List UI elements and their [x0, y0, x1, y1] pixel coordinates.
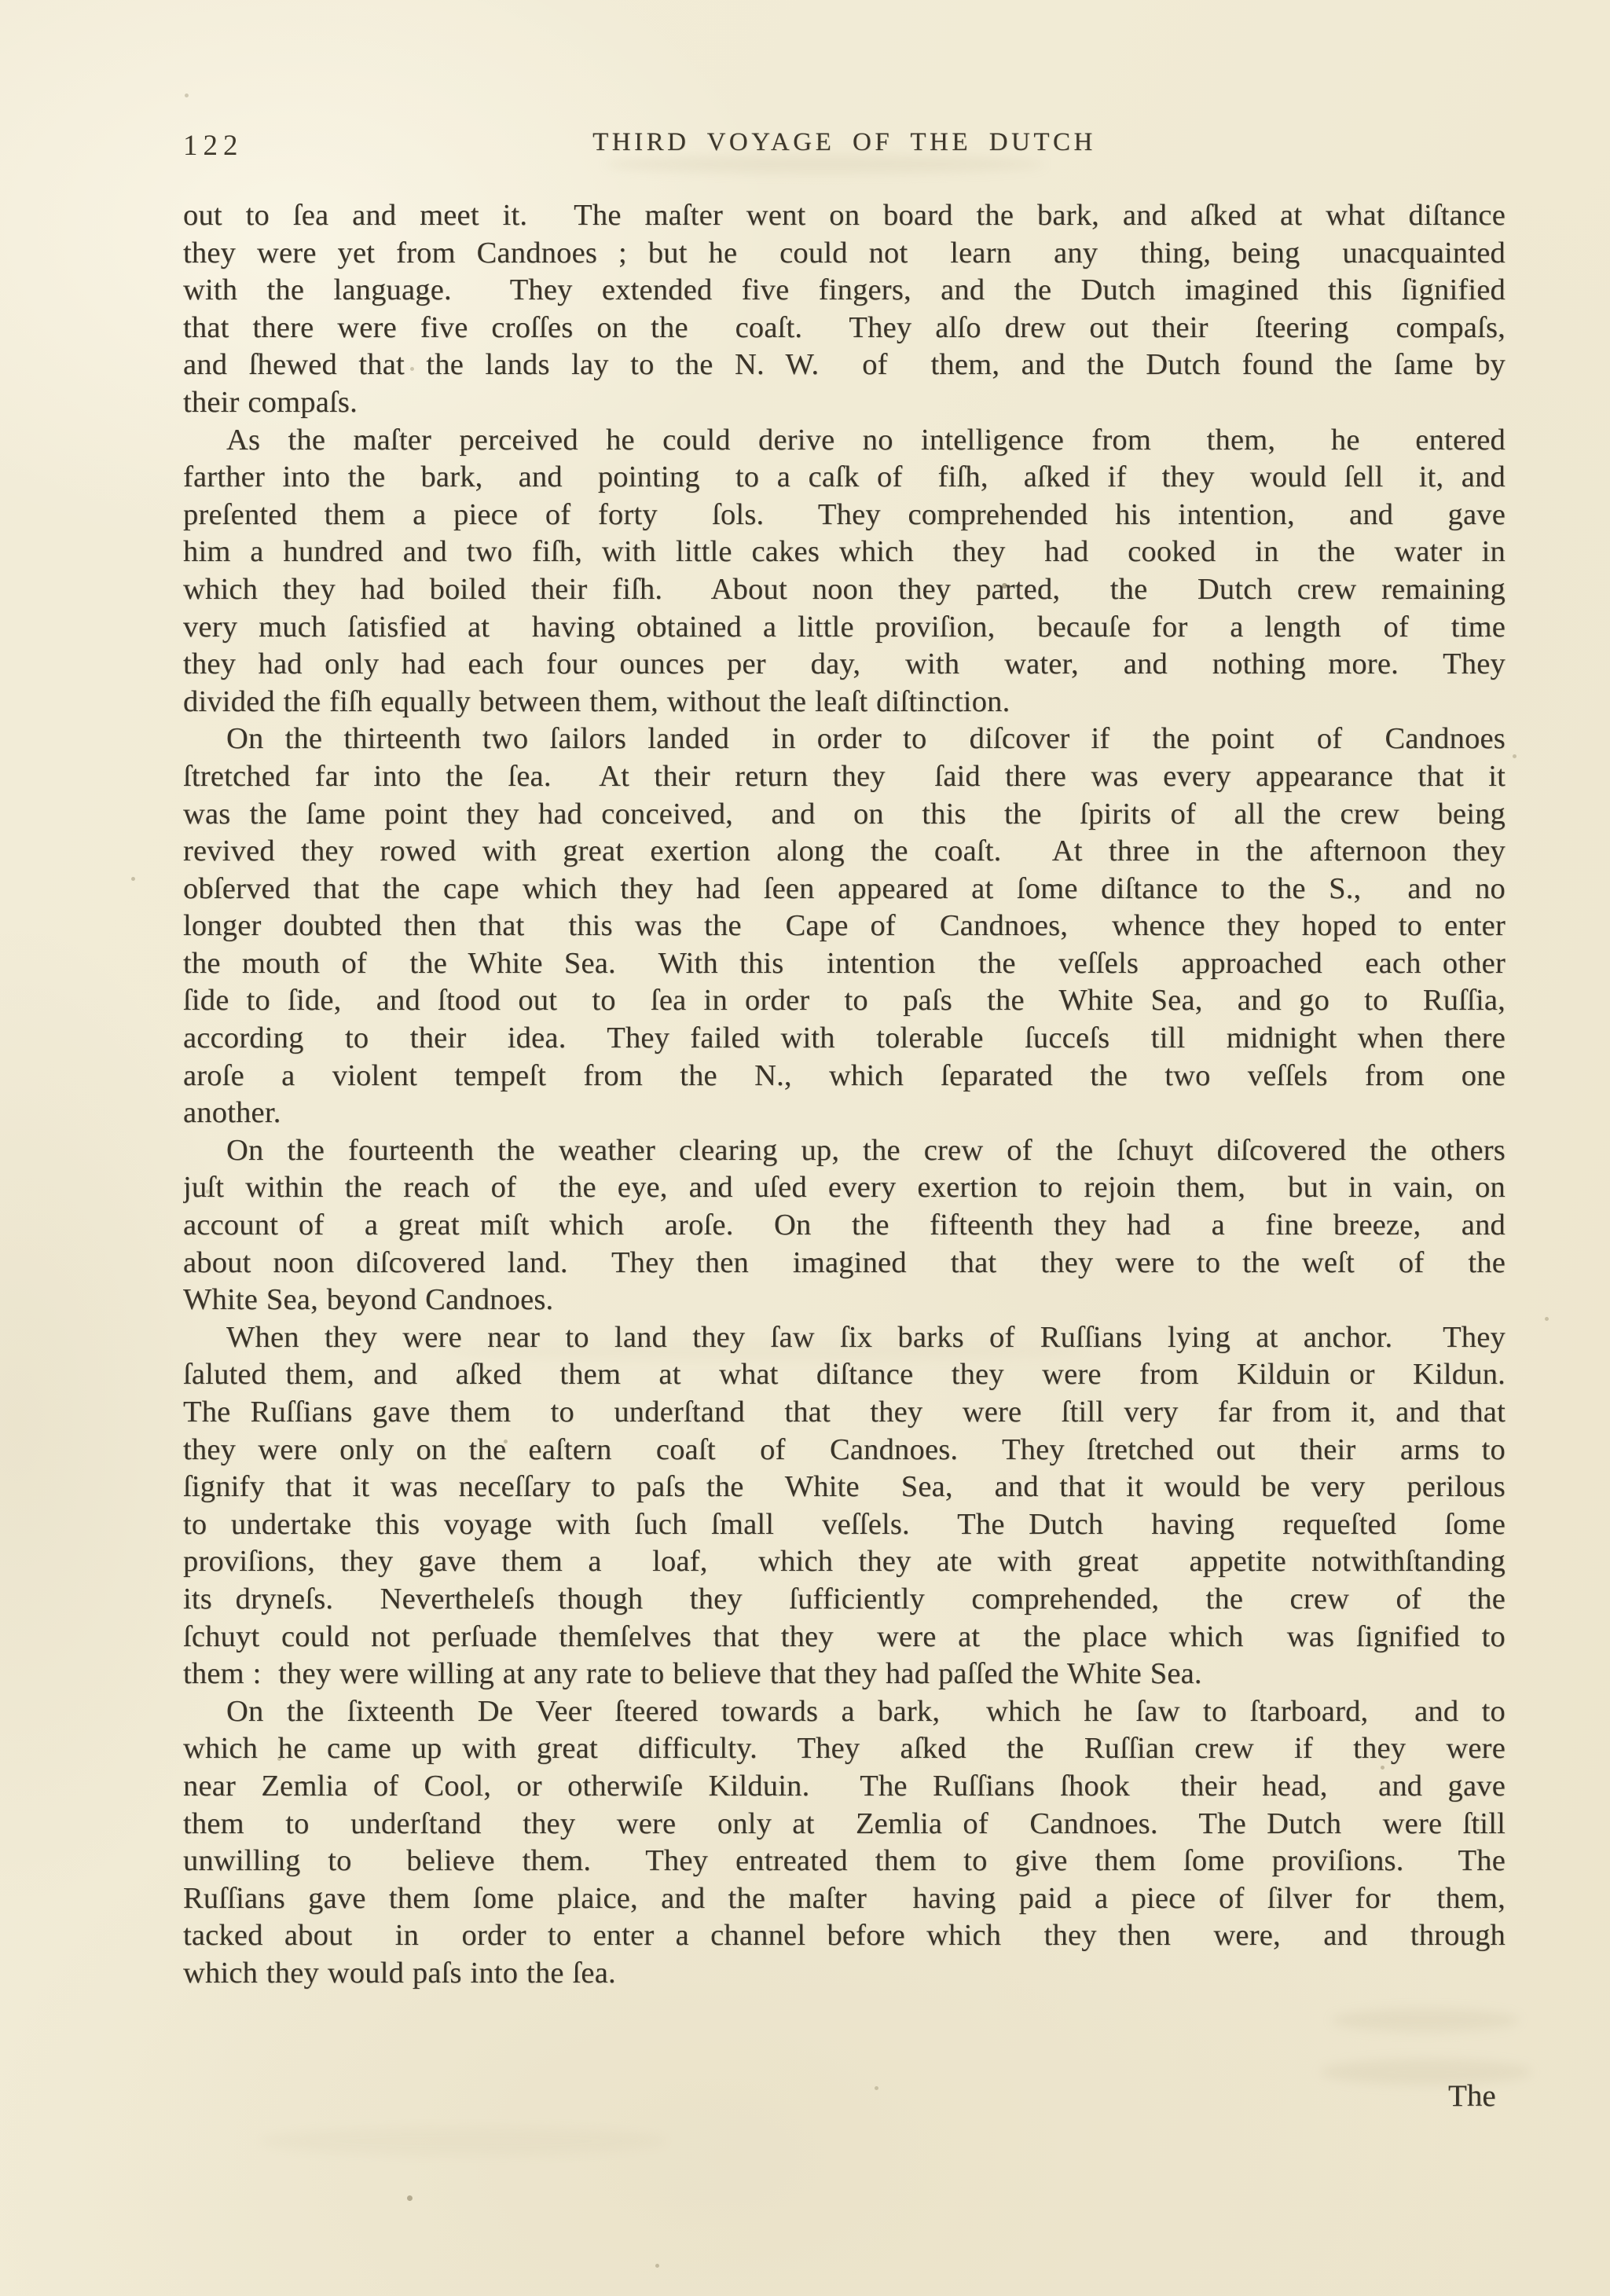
text-line: Ruſſians gave them ſome plaice, and the … [183, 1880, 1505, 1918]
text-line: to undertake this voyage with ſuch ſmall… [183, 1506, 1505, 1544]
text-line: preſented them a piece of forty ſols. Th… [183, 497, 1505, 534]
ink-bleedthrough-smudge [259, 2126, 668, 2156]
text-line: juſt within the reach of the eye, and uſ… [183, 1169, 1505, 1207]
text-line: ſignify that it was neceſſary to paſs th… [183, 1469, 1505, 1506]
text-line: ſide to ſide, and ſtood out to ſea in or… [183, 982, 1505, 1020]
text-line: On the thirteenth two ſailors landed in … [183, 721, 1505, 758]
text-line: The Ruſſians gave them to underſtand tha… [183, 1394, 1505, 1432]
text-line: ſchuyt could not perſuade themſelves tha… [183, 1619, 1505, 1656]
text-line: account of a great miſt which aroſe. On … [183, 1207, 1505, 1245]
text-line: them : they were willing at any rate to … [183, 1656, 1505, 1693]
text-line: which he came up with great difficulty. … [183, 1730, 1505, 1768]
text-line: White Sea, beyond Candnoes. [183, 1282, 1505, 1319]
text-line: near Zemlia of Cool, or otherwiſe Kildui… [183, 1768, 1505, 1806]
text-line: revived they rowed with great exertion a… [183, 833, 1505, 871]
text-line: they were yet from Candnoes ; but he cou… [183, 235, 1505, 273]
paragraph: When they were near to land they ſaw ſix… [183, 1319, 1505, 1693]
text-line: they were only on the eaſtern coaſt of C… [183, 1432, 1505, 1469]
text-line: farther into the bark, and pointing to a… [183, 459, 1505, 497]
text-line: they had only had each four ounces per d… [183, 646, 1505, 684]
text-line: obſerved that the cape which they had ſe… [183, 871, 1505, 908]
text-line: divided the fiſh equally between them, w… [183, 684, 1505, 721]
text-line: that there were five croſſes on the coaſ… [183, 310, 1505, 347]
text-line: On the fourteenth the weather clearing u… [183, 1132, 1505, 1170]
text-line: its dryneſs. Nevertheleſs though they ſu… [183, 1581, 1505, 1619]
paper-specks [0, 0, 2, 2]
text-line: their compaſs. [183, 384, 1505, 422]
paragraph: On the ſixteenth De Veer ſteered towards… [183, 1693, 1505, 1993]
paragraph: On the thirteenth two ſailors landed in … [183, 721, 1505, 1132]
text-line: As the maſter perceived he could derive … [183, 422, 1505, 460]
text-line: the mouth of the White Sea. With this in… [183, 945, 1505, 983]
ink-bleedthrough-smudge [1320, 2059, 1532, 2085]
text-line: was the ſame point they had conceived, a… [183, 796, 1505, 834]
paragraph: As the maſter perceived he could derive … [183, 422, 1505, 721]
running-title: THIRD VOYAGE OF THE DUTCH [183, 128, 1505, 157]
text-line: very much ſatisfied at having obtained a… [183, 609, 1505, 647]
text-line: and ſhewed that the lands lay to the N. … [183, 347, 1505, 384]
text-line: according to their idea. They failed wit… [183, 1020, 1505, 1058]
text-line: proviſions, they gave them a loaf, which… [183, 1543, 1505, 1581]
text-line: unwilling to believe them. They entreate… [183, 1843, 1505, 1880]
text-line: ſaluted them, and aſked them at what diſ… [183, 1356, 1505, 1394]
book-page-scan: 122 THIRD VOYAGE OF THE DUTCH out to ſea… [0, 0, 1610, 2296]
text-line: him a hundred and two fiſh, with little … [183, 534, 1505, 571]
text-line: aroſe a violent tempeſt from the N., whi… [183, 1058, 1505, 1095]
catchword: The [1448, 2078, 1496, 2114]
text-line: them to underſtand they were only at Zem… [183, 1806, 1505, 1843]
text-line: tacked about in order to enter a channel… [183, 1917, 1505, 1955]
text-line: out to ſea and meet it. The maſter went … [183, 197, 1505, 235]
ink-bleedthrough-smudge [1331, 2008, 1520, 2032]
text-line: On the ſixteenth De Veer ſteered towards… [183, 1693, 1505, 1731]
text-line: When they were near to land they ſaw ſix… [183, 1319, 1505, 1357]
paragraph: On the fourteenth the weather clearing u… [183, 1132, 1505, 1319]
text-line: about noon diſcovered land. They then im… [183, 1245, 1505, 1282]
text-line: which they would paſs into the ſea. [183, 1955, 1505, 1993]
text-line: longer doubted then that this was the Ca… [183, 908, 1505, 945]
text-line: another. [183, 1095, 1505, 1132]
ink-bleedthrough-smudge [605, 155, 1045, 174]
text-line: with the language. They extended five fi… [183, 272, 1505, 310]
text-line: which they had boiled their fiſh. About … [183, 571, 1505, 609]
paragraph: out to ſea and meet it. The maſter went … [183, 197, 1505, 422]
page-text-block: out to ſea and meet it. The maſter went … [183, 197, 1505, 1993]
page-number: 122 [183, 129, 244, 163]
text-line: ſtretched far into the ſea. At their ret… [183, 758, 1505, 796]
